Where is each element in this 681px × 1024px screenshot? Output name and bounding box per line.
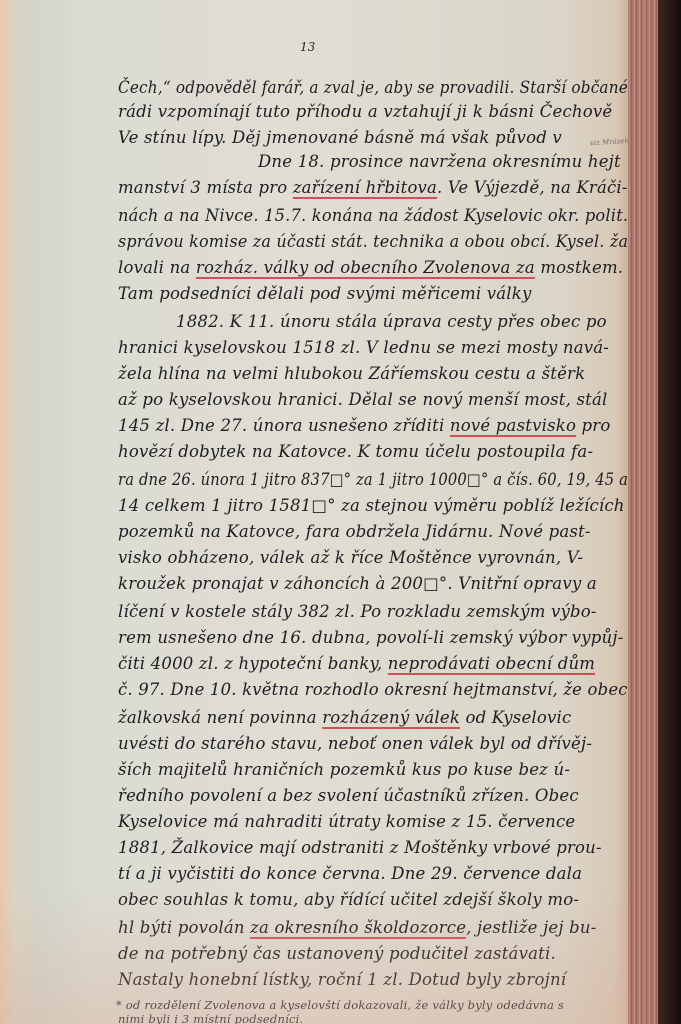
- text-line: lovali na rozház. války od obecního Zvol…: [118, 258, 623, 277]
- text-line: Čech,“ odpověděl farář, a zval je, aby s…: [118, 78, 628, 97]
- text-line: hl býti povolán za okresního školdozorce…: [118, 918, 597, 937]
- text-line: Tam podsedníci dělali pod svými měřicemi…: [118, 284, 532, 303]
- text-line: ra dne 26. února 1 jitro 837□° za 1 jitr…: [118, 470, 628, 489]
- text-segment: čiti 4000 zl. z hypoteční banky,: [118, 654, 388, 673]
- text-segment: lovali na: [118, 258, 196, 277]
- text-segment: žalkovská není povinna: [118, 708, 322, 727]
- text-line: manství 3 místa pro zařízení hřbitova. V…: [118, 178, 628, 197]
- text-segment: od Kyselovic: [460, 708, 571, 727]
- text-line: obec souhlas k tomu, aby řídící učitel z…: [118, 890, 579, 909]
- text-segment: . Ve Výjezdě, na Kráči-: [437, 178, 628, 197]
- red-underlined-phrase: zařízení hřbitova: [293, 178, 437, 197]
- handwritten-text-body: Čech,“ odpověděl farář, a zval je, aby s…: [0, 0, 636, 1024]
- text-line: nách a na Nivce. 15.7. konána na žádost …: [118, 206, 628, 225]
- text-line: hovězí dobytek na Katovce. K tomu účelu …: [118, 442, 593, 461]
- text-line: tí a ji vyčistiti do konce června. Dne 2…: [118, 864, 582, 883]
- text-segment: mostkem.: [535, 258, 623, 277]
- chronicle-page: 13 viz Mrázek Čech,“ odpověděl farář, a …: [0, 0, 636, 1024]
- text-line: visko obházeno, válek až k říce Moštěnce…: [118, 548, 583, 567]
- text-segment: pro: [576, 416, 610, 435]
- text-line: líčení v kostele stály 382 zl. Po rozkla…: [118, 602, 597, 621]
- text-line: Kyselovice má nahraditi útraty komise z …: [118, 812, 575, 831]
- text-line: pozemků na Katovce, fara obdržela Jidárn…: [118, 522, 591, 541]
- red-underlined-phrase: nové pastvisko: [450, 416, 576, 435]
- text-line: čiti 4000 zl. z hypoteční banky, neprodá…: [118, 654, 595, 673]
- red-underlined-phrase: rozházený válek: [322, 708, 460, 727]
- footnote-line: * od rozdělení Zvolenova a kyselovští do…: [116, 998, 564, 1012]
- text-segment: 145 zl. Dne 27. února usnešeno zříditi: [118, 416, 450, 435]
- red-underlined-phrase: rozház. války od obecního Zvolenova za: [196, 258, 535, 277]
- book-cover-edge: [658, 0, 681, 1024]
- red-underlined-phrase: neprodávati obecní dům: [388, 654, 595, 673]
- text-line: žela hlína na velmi hlubokou Záříemskou …: [118, 364, 585, 383]
- text-segment: hl býti povolán: [118, 918, 250, 937]
- text-line: Ve stínu lípy. Děj jmenované básně má vš…: [118, 128, 562, 147]
- text-line: rem usnešeno dne 16. dubna, povolí-li ze…: [118, 628, 623, 647]
- text-line: Dne 18. prosince navržena okresnímu hejt: [258, 152, 621, 171]
- text-line: rádi vzpomínají tuto příhodu a vztahují …: [118, 102, 612, 121]
- text-line: kroužek pronajat v záhoncích à 200□°. Vn…: [118, 574, 597, 593]
- text-line: uvésti do starého stavu, neboť onen vále…: [118, 734, 592, 753]
- text-line: ších majitelů hraničních pozemků kus po …: [118, 760, 570, 779]
- text-line: žalkovská není povinna rozházený válek o…: [118, 708, 571, 727]
- book-scan: 13 viz Mrázek Čech,“ odpověděl farář, a …: [0, 0, 681, 1024]
- text-line: ředního povolení a bez svolení účastníků…: [118, 786, 579, 805]
- text-line: 1882. K 11. únoru stála úprava cesty pře…: [176, 312, 607, 331]
- page-edges: [628, 0, 658, 1024]
- text-segment: manství 3 místa pro: [118, 178, 293, 197]
- text-line: 1881, Žalkovice mají odstraniti z Moštěn…: [118, 838, 602, 857]
- text-line: hranici kyselovskou 1518 zl. V lednu se …: [118, 338, 609, 357]
- text-line: správou komise za účasti stát. technika …: [118, 232, 628, 251]
- text-line: 145 zl. Dne 27. února usnešeno zříditi n…: [118, 416, 611, 435]
- text-line: 14 celkem 1 jitro 1581□° za stejnou výmě…: [118, 496, 625, 515]
- text-line: č. 97. Dne 10. května rozhodlo okresní h…: [118, 680, 628, 699]
- footnote-line: nimi byli i 3 místní podsedníci.: [118, 1012, 303, 1024]
- text-segment: , jestliže jej bu-: [466, 918, 596, 937]
- text-line: až po kyselovskou hranici. Dělal se nový…: [118, 390, 608, 409]
- red-underlined-phrase: za okresního školdozorce: [250, 918, 466, 937]
- text-line: de na potřebný čas ustanovený podučitel …: [118, 944, 556, 963]
- text-line: Nastaly honební lístky, roční 1 zl. Dotu…: [118, 970, 566, 989]
